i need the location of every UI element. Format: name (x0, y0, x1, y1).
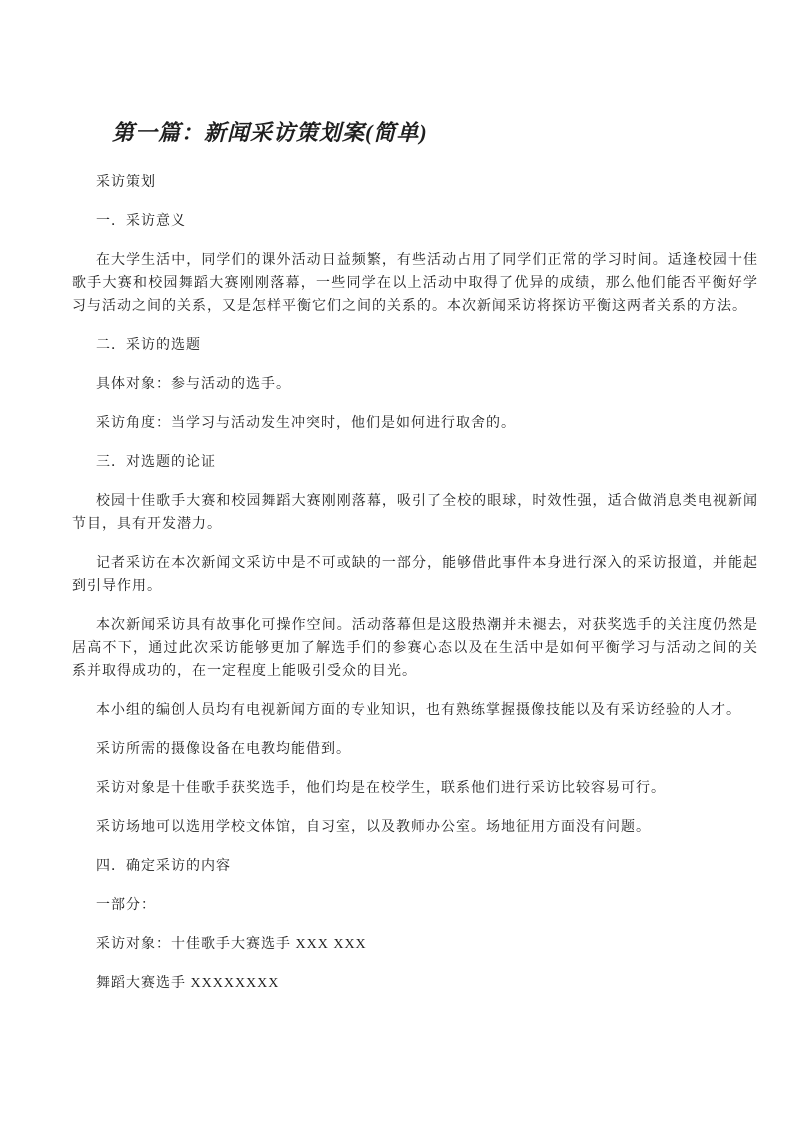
paragraph: 采访策划 (72, 171, 758, 194)
paragraph: 本次新闻采访具有故事化可操作空间。活动落幕但是这股热潮并未褪去，对获奖选手的关注… (72, 614, 758, 683)
paragraph: 一．采访意义 (72, 210, 758, 233)
paragraph: 采访场地可以选用学校文体馆，自习室，以及教师办公室。场地征用方面没有问题。 (72, 816, 758, 839)
paragraph: 舞蹈大赛选手 XXXXXXXX (72, 972, 758, 995)
paragraph: 具体对象：参与活动的选手。 (72, 373, 758, 396)
paragraph: 二．采访的选题 (72, 334, 758, 357)
document-page: 第一篇：新闻采访策划案(简单) 采访策划 一．采访意义 在大学生活中，同学们的课… (0, 0, 800, 1132)
paragraph: 一部分： (72, 894, 758, 917)
paragraph: 三．对选题的论证 (72, 451, 758, 474)
paragraph: 记者采访在本次新闻文采访中是不可或缺的一部分，能够借此事件本身进行深入的采访报道… (72, 552, 758, 598)
paragraph: 四．确定采访的内容 (72, 855, 758, 878)
paragraph: 采访对象是十佳歌手获奖选手，他们均是在校学生，联系他们进行采访比较容易可行。 (72, 777, 758, 800)
paragraph: 采访角度：当学习与活动发生冲突时，他们是如何进行取舍的。 (72, 412, 758, 435)
paragraph: 校园十佳歌手大赛和校园舞蹈大赛刚刚落幕，吸引了全校的眼球，时效性强，适合做消息类… (72, 490, 758, 536)
document-title: 第一篇：新闻采访策划案(简单) (72, 118, 758, 148)
paragraph: 本小组的编创人员均有电视新闻方面的专业知识，也有熟练掌握摄像技能以及有采访经验的… (72, 699, 758, 722)
paragraph: 采访所需的摄像设备在电教均能借到。 (72, 738, 758, 761)
paragraph: 采访对象：十佳歌手大赛选手 XXX XXX (72, 933, 758, 956)
paragraph: 在大学生活中，同学们的课外活动日益频繁，有些活动占用了同学们正常的学习时间。适逢… (72, 249, 758, 318)
